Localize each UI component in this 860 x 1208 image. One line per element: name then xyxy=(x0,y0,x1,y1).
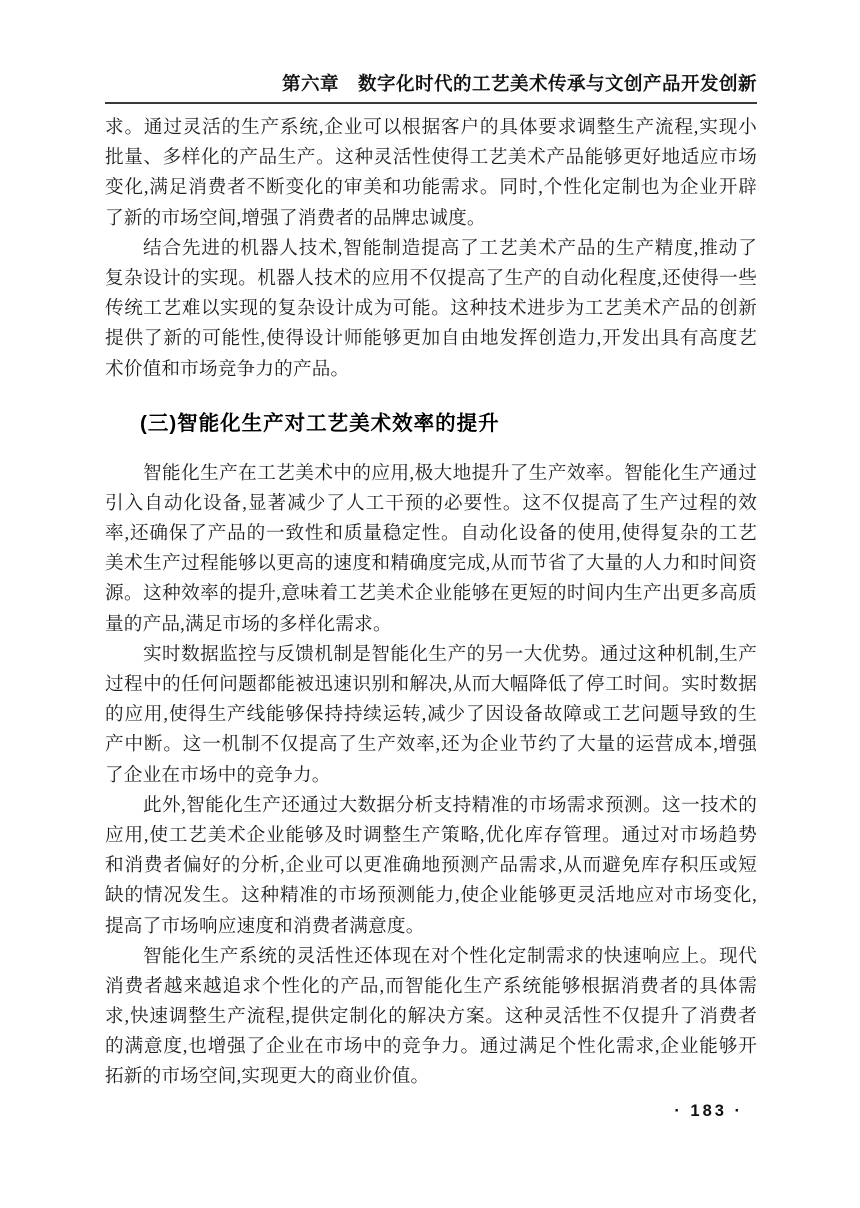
body-line: 源。这种效率的提升,意味着工艺美术企业能够在更短的时间内生产出更多高质 xyxy=(105,579,757,609)
body-line: 求,快速调整生产流程,提供定制化的解决方案。这种灵活性不仅提升了消费者 xyxy=(105,1002,757,1032)
body-line: 传统工艺难以实现的复杂设计成为可能。这种技术进步为工艺美术产品的创新 xyxy=(105,294,757,324)
body-line: 量的产品,满足市场的多样化需求。 xyxy=(105,610,757,640)
body-line: 美术生产过程能够以更高的速度和精确度完成,从而节省了大量的人力和时间资 xyxy=(105,549,757,579)
body-line: 提高了市场响应速度和消费者满意度。 xyxy=(105,912,757,942)
paragraph: 智能化生产系统的灵活性还体现在对个性化定制需求的快速响应上。现代消费者越来越追求… xyxy=(105,942,757,1093)
body-line: 的满意度,也增强了企业在市场中的竞争力。通过满足个性化需求,企业能够开 xyxy=(105,1032,757,1062)
body-line: 求。通过灵活的生产系统,企业可以根据客户的具体要求调整生产流程,实现小 xyxy=(105,113,757,143)
book-page: 第六章 数字化时代的工艺美术传承与文创产品开发创新 求。通过灵活的生产系统,企业… xyxy=(0,0,860,1208)
body-line: 缺的情况发生。这种精准的市场预测能力,使企业能够更灵活地应对市场变化, xyxy=(105,881,757,911)
body-line: 实时数据监控与反馈机制是智能化生产的另一大优势。通过这种机制,生产 xyxy=(105,640,757,670)
body-line: 拓新的市场空间,实现更大的商业价值。 xyxy=(105,1062,757,1092)
body-line: 批量、多样化的产品生产。这种灵活性使得工艺美术产品能够更好地适应市场的 xyxy=(105,143,757,173)
body-line: 结合先进的机器人技术,智能制造提高了工艺美术产品的生产精度,推动了 xyxy=(105,234,757,264)
body-line: 智能化生产系统的灵活性还体现在对个性化定制需求的快速响应上。现代 xyxy=(105,942,757,972)
paragraph: 结合先进的机器人技术,智能制造提高了工艺美术产品的生产精度,推动了复杂设计的实现… xyxy=(105,234,757,385)
running-header: 第六章 数字化时代的工艺美术传承与文创产品开发创新 xyxy=(105,73,757,104)
body-line: 应用,使工艺美术企业能够及时调整生产策略,优化库存管理。通过对市场趋势 xyxy=(105,821,757,851)
body-line: 产中断。这一机制不仅提高了生产效率,还为企业节约了大量的运营成本,增强 xyxy=(105,730,757,760)
body-line: 和消费者偏好的分析,企业可以更准确地预测产品需求,从而避免库存积压或短 xyxy=(105,851,757,881)
body-line: 智能化生产在工艺美术中的应用,极大地提升了生产效率。智能化生产通过 xyxy=(105,459,757,489)
body-line: 引入自动化设备,显著减少了人工干预的必要性。这不仅提高了生产过程的效 xyxy=(105,489,757,519)
page-footer: · 183 · xyxy=(105,1102,757,1121)
body-line: 率,还确保了产品的一致性和质量稳定性。自动化设备的使用,使得复杂的工艺 xyxy=(105,519,757,549)
body-line: 过程中的任何问题都能被迅速识别和解决,从而大幅降低了停工时间。实时数据 xyxy=(105,670,757,700)
body-line: 提供了新的可能性,使得设计师能够更加自由地发挥创造力,开发出具有高度艺 xyxy=(105,324,757,354)
section-heading: (三)智能化生产对工艺美术效率的提升 xyxy=(105,407,757,441)
paragraph: 此外,智能化生产还通过大数据分析支持精准的市场需求预测。这一技术的应用,使工艺美… xyxy=(105,791,757,942)
body-line: 了新的市场空间,增强了消费者的品牌忠诚度。 xyxy=(105,204,757,234)
paragraph: 智能化生产在工艺美术中的应用,极大地提升了生产效率。智能化生产通过引入自动化设备… xyxy=(105,459,757,640)
body-line: 术价值和市场竞争力的产品。 xyxy=(105,355,757,385)
paragraph: 实时数据监控与反馈机制是智能化生产的另一大优势。通过这种机制,生产过程中的任何问… xyxy=(105,640,757,791)
body-line: 的应用,使得生产线能够保持持续运转,减少了因设备故障或工艺问题导致的生 xyxy=(105,700,757,730)
chapter-header-title: 第六章 数字化时代的工艺美术传承与文创产品开发创新 xyxy=(105,73,757,95)
header-rule xyxy=(105,102,757,104)
body-line: 复杂设计的实现。机器人技术的应用不仅提高了生产的自动化程度,还使得一些 xyxy=(105,264,757,294)
page-number: · 183 · xyxy=(674,1102,743,1120)
page-body: 求。通过灵活的生产系统,企业可以根据客户的具体要求调整生产流程,实现小批量、多样… xyxy=(105,113,757,1093)
body-line: 了企业在市场中的竞争力。 xyxy=(105,761,757,791)
body-line: 消费者越来越追求个性化的产品,而智能化生产系统能够根据消费者的具体需 xyxy=(105,972,757,1002)
body-line: 此外,智能化生产还通过大数据分析支持精准的市场需求预测。这一技术的 xyxy=(105,791,757,821)
body-line: 变化,满足消费者不断变化的审美和功能需求。同时,个性化定制也为企业开辟 xyxy=(105,173,757,203)
paragraph: 求。通过灵活的生产系统,企业可以根据客户的具体要求调整生产流程,实现小批量、多样… xyxy=(105,113,757,234)
